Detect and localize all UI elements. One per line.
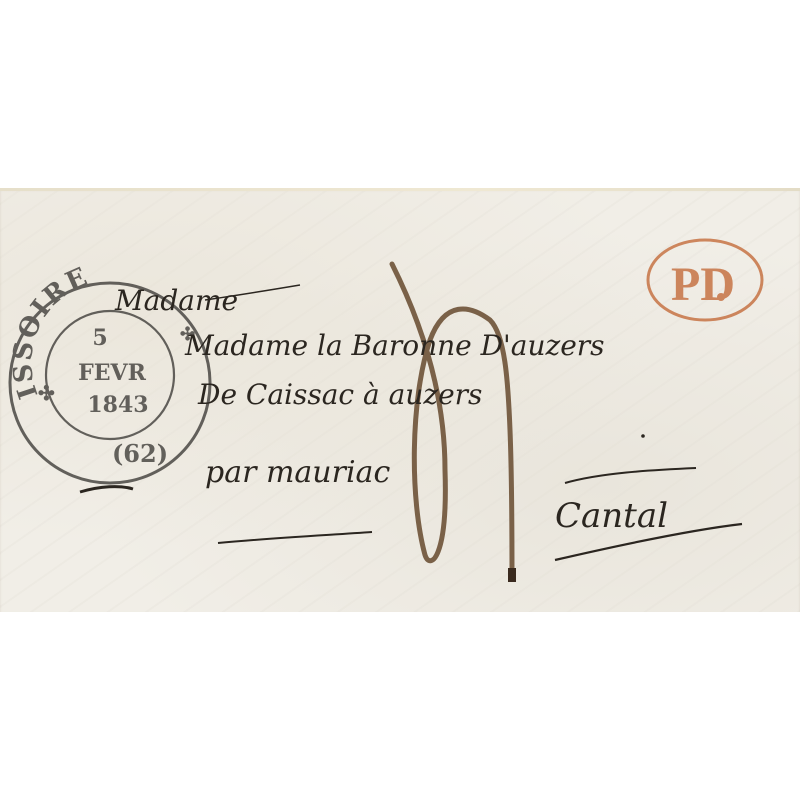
postmark-department: (62) — [112, 439, 168, 468]
address-line-1: Madame — [114, 284, 238, 317]
fleuron-icon: ✣ — [38, 381, 55, 405]
letter-markings: ISSOIRE 5 FEVR 1843 (62) ✣ ✣ PD Madame M… — [0, 0, 800, 800]
postmark-year: 1843 — [87, 392, 148, 418]
postmark-month: FEVR — [78, 360, 146, 386]
postmark-day: 5 — [92, 325, 107, 351]
address-line-3: De Caissac à auzers — [197, 378, 482, 411]
paid-mark: PD — [648, 240, 762, 320]
address-line-4: par mauriac — [205, 455, 390, 490]
address-line-5: Cantal — [555, 496, 668, 536]
address-line-2: Madame la Baronne D'auzers — [184, 329, 605, 362]
rate-mark — [392, 264, 516, 582]
paid-mark-text: PD — [671, 258, 735, 311]
